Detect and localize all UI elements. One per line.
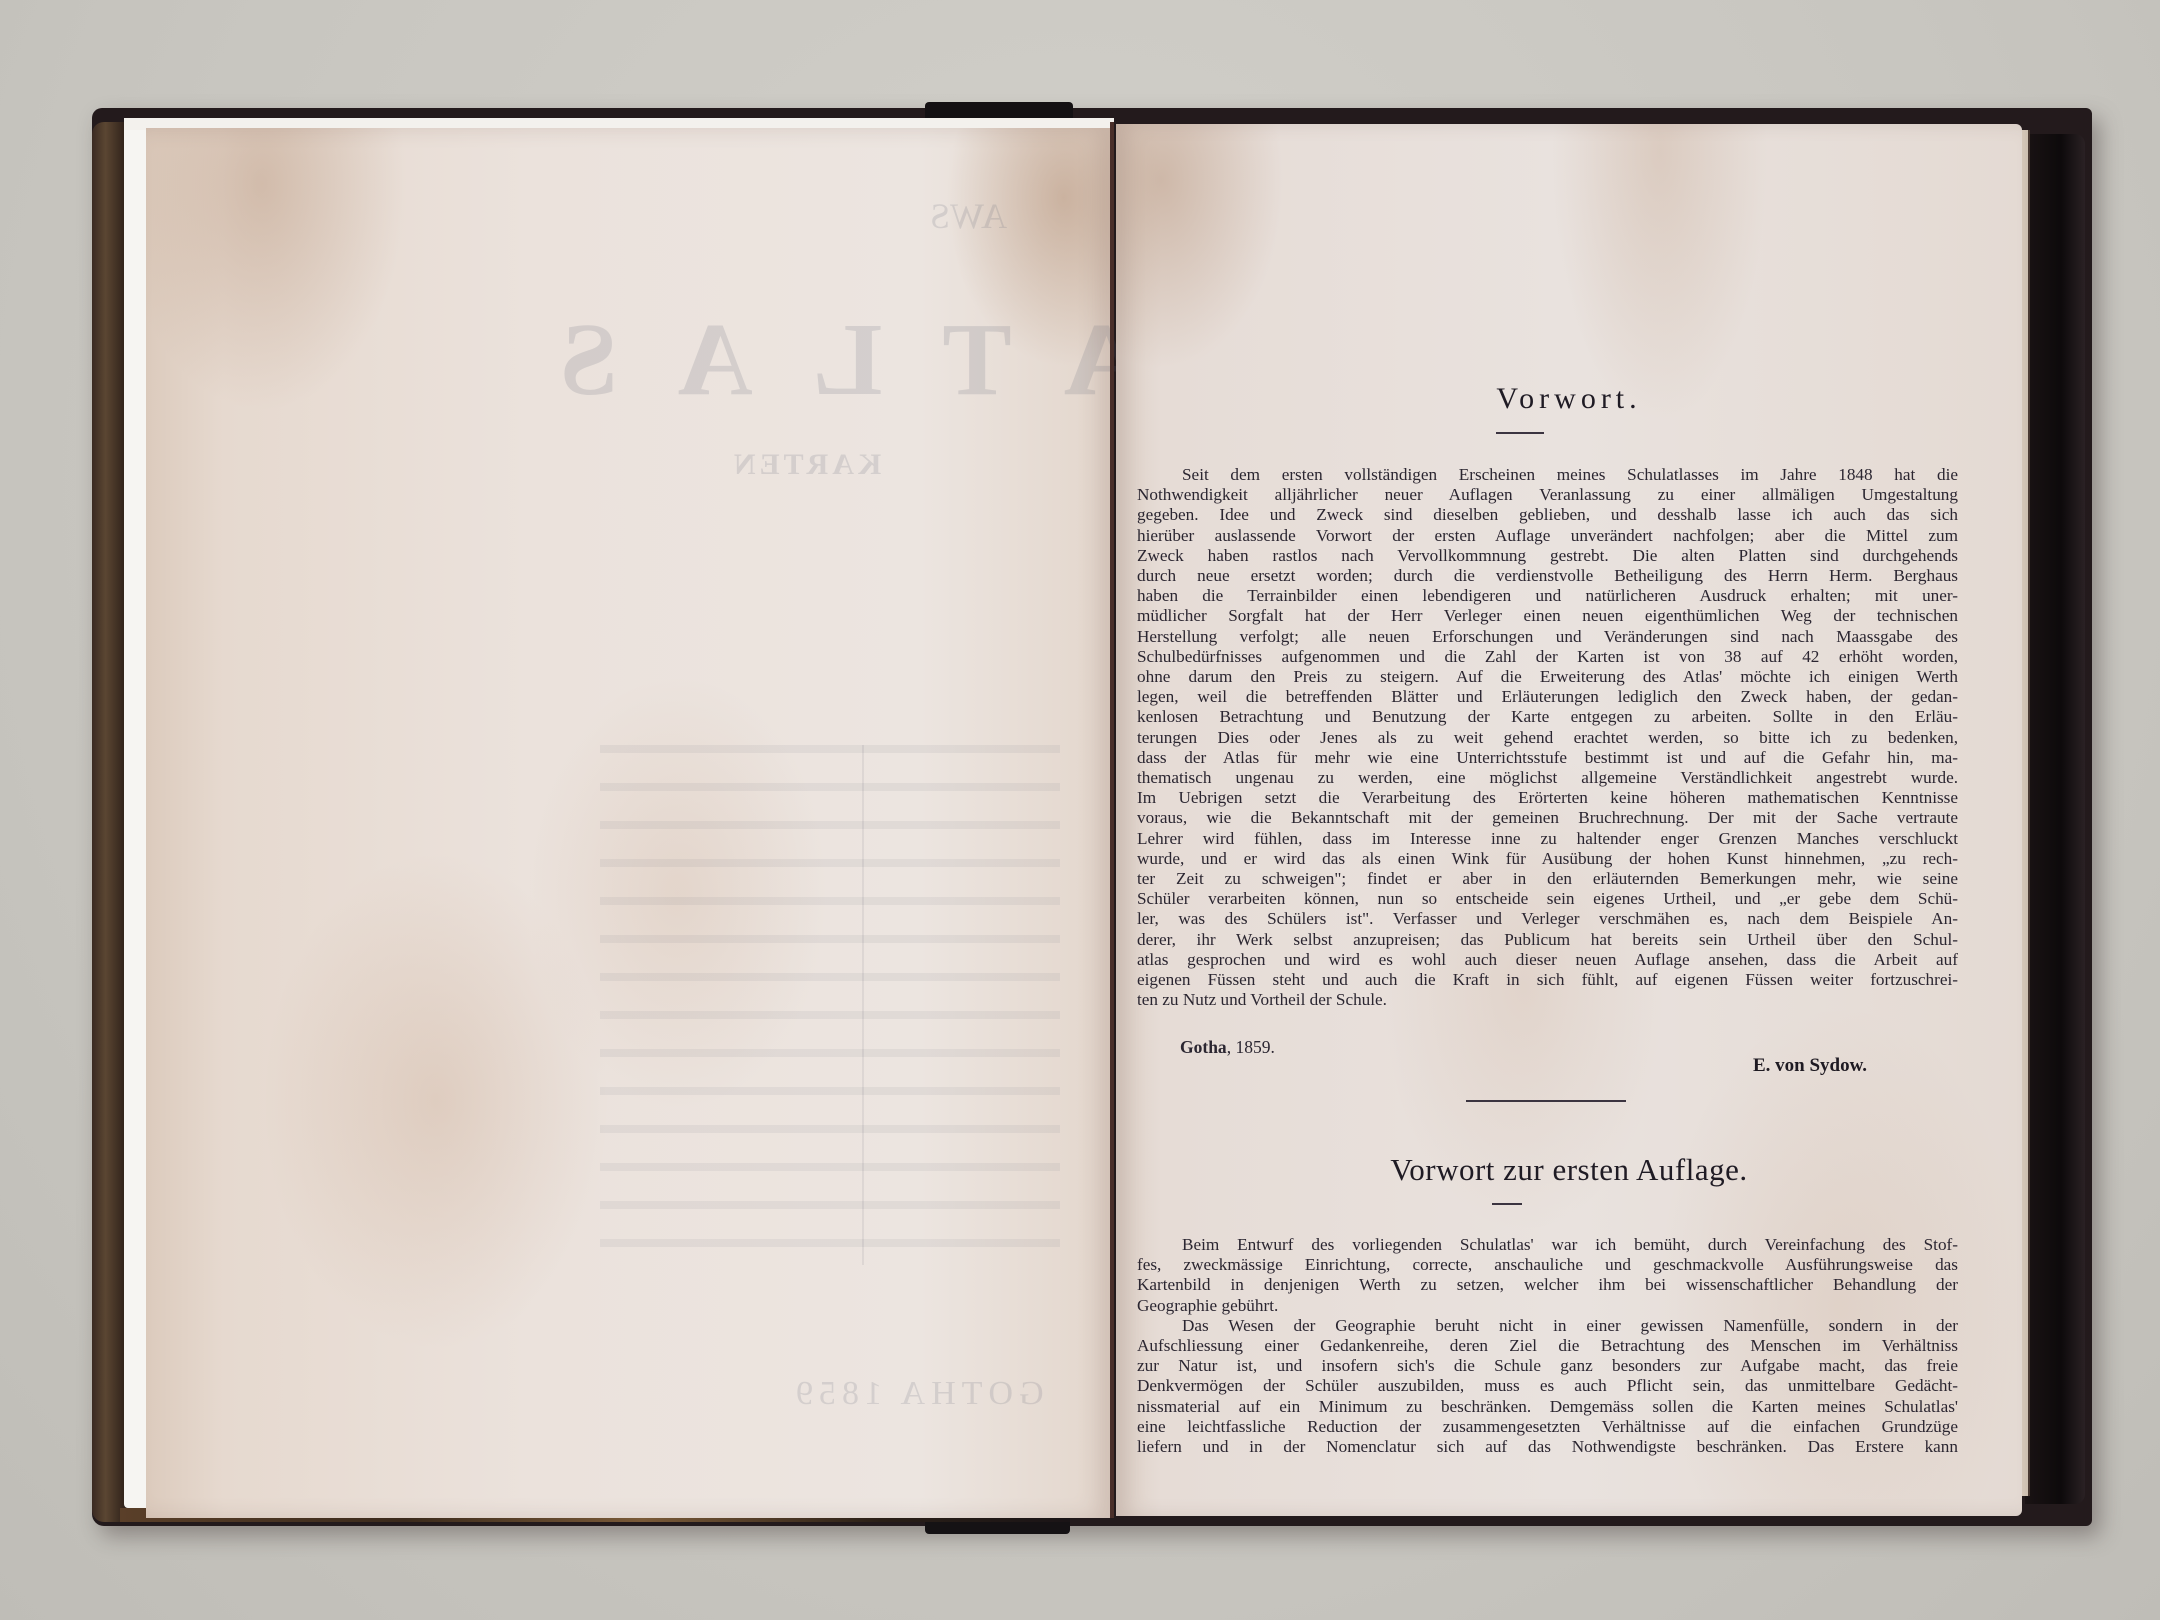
book-cover-right-edge bbox=[2025, 134, 2085, 1504]
book-cover-left-edge bbox=[92, 122, 126, 1522]
first-edition-body: Beim Entwurf des vorliegenden Schulatlas… bbox=[1137, 1235, 1958, 1457]
text-line: Beim Entwurf des vorliegenden Schulatlas… bbox=[1137, 1235, 1958, 1255]
show-through-footer: GOTHA 1859 bbox=[790, 1375, 1044, 1413]
white-flyleaf bbox=[124, 118, 148, 1508]
text-line: ten zu Nutz und Vortheil der Schule. bbox=[1137, 990, 1958, 1010]
show-through-top: AWS bbox=[930, 195, 1007, 237]
text-line: Schüler verarbeiten können, nun so entsc… bbox=[1137, 889, 1958, 909]
section-divider bbox=[1466, 1100, 1626, 1102]
text-line: gegeben. Idee und Zweck sind dieselben g… bbox=[1137, 505, 1958, 525]
place: Gotha bbox=[1180, 1037, 1227, 1057]
text-line: fes, zweckmässige Einrichtung, correcte,… bbox=[1137, 1255, 1958, 1275]
text-line: liefern und in der Nomenclatur sich auf … bbox=[1137, 1437, 1958, 1457]
show-through-title: ATLAS bbox=[500, 300, 1139, 419]
text-line: kenlosen Betrachtung und Benutzung der K… bbox=[1137, 707, 1958, 727]
text-line: atlas gesprochen und wird es wohl auch d… bbox=[1137, 950, 1958, 970]
text-line: zur Natur ist, und insofern sich's die S… bbox=[1137, 1356, 1958, 1376]
year: , 1859. bbox=[1227, 1037, 1275, 1057]
text-line: Zweck haben rastlos nach Vervollkommnung… bbox=[1137, 546, 1958, 566]
text-line: Nothwendigkeit alljährlicher neuer Aufla… bbox=[1137, 485, 1958, 505]
text-line: derer, ihr Werk selbst anzupreisen; das … bbox=[1137, 930, 1958, 950]
text-line: Denkvermögen der Schüler auszubilden, mu… bbox=[1137, 1376, 1958, 1396]
title-rule bbox=[1496, 432, 1544, 434]
text-line: wurde, und er wird das als einen Wink fü… bbox=[1137, 849, 1958, 869]
text-line: thematisch ungenau zu werden, eine mögli… bbox=[1137, 768, 1958, 788]
text-line: legen, weil die betreffenden Blätter und… bbox=[1137, 687, 1958, 707]
text-line: ler, was des Schülers ist". Verfasser un… bbox=[1137, 909, 1958, 929]
text-line: Im Uebrigen setzt die Verarbeitung des E… bbox=[1137, 788, 1958, 808]
text-line: voraus, wie die Bekanntschaft mit der ge… bbox=[1137, 808, 1958, 828]
text-line: hierüber auslassende Vorwort der ersten … bbox=[1137, 526, 1958, 546]
text-line: müdlicher Sorgfalt hat der Herr Verleger… bbox=[1137, 606, 1958, 626]
preface-body: Seit dem ersten vollständigen Erscheinen… bbox=[1137, 465, 1958, 1010]
gutter bbox=[1110, 122, 1114, 1518]
text-line: Lehrer wird fühlen, dass im Interesse in… bbox=[1137, 829, 1958, 849]
signature: E. von Sydow. bbox=[1753, 1055, 1867, 1077]
first-edition-title-rule bbox=[1492, 1203, 1522, 1205]
show-through-subtitle: KARTEN bbox=[730, 448, 881, 482]
text-line: haben die Terrainbilder einen lebendiger… bbox=[1137, 586, 1958, 606]
text-line: Aufschliessung einer Gedankenreihe, dere… bbox=[1137, 1336, 1958, 1356]
show-through-column-rule bbox=[862, 745, 864, 1265]
text-line: Herstellung verfolgt; alle neuen Erforsc… bbox=[1137, 627, 1958, 647]
first-edition-title: Vorwort zur ersten Auflage. bbox=[1116, 1152, 2022, 1188]
text-line: Kartenbild in denjenigen Werth zu setzen… bbox=[1137, 1275, 1958, 1295]
text-line: eine leichtfassliche Reduction der zusam… bbox=[1137, 1417, 1958, 1437]
text-line: Das Wesen der Geographie beruht nicht in… bbox=[1137, 1316, 1958, 1336]
place-date: Gotha, 1859. bbox=[1180, 1037, 1275, 1058]
text-line: ohne darum den Preis zu steigern. Auf di… bbox=[1137, 667, 1958, 687]
text-line: Geographie gebührt. bbox=[1137, 1296, 1958, 1316]
text-line: nissmaterial auf ein Minimum zu beschrän… bbox=[1137, 1397, 1958, 1417]
text-line: Seit dem ersten vollständigen Erscheinen… bbox=[1137, 465, 1958, 485]
preface-title: Vorwort. bbox=[1116, 382, 2022, 416]
text-line: durch neue ersetzt worden; durch die ver… bbox=[1137, 566, 1958, 586]
text-line: eigenen Füssen steht und auch die Kraft … bbox=[1137, 970, 1958, 990]
text-line: terungen Dies oder Jenes als zu weit geh… bbox=[1137, 728, 1958, 748]
text-line: ter Zeit zu schweigen"; findet er aber i… bbox=[1137, 869, 1958, 889]
text-line: Schulbedürfnisses aufgenommen und die Za… bbox=[1137, 647, 1958, 667]
show-through-contents bbox=[600, 745, 1060, 1265]
text-line: dass der Atlas für mehr wie eine Unterri… bbox=[1137, 748, 1958, 768]
